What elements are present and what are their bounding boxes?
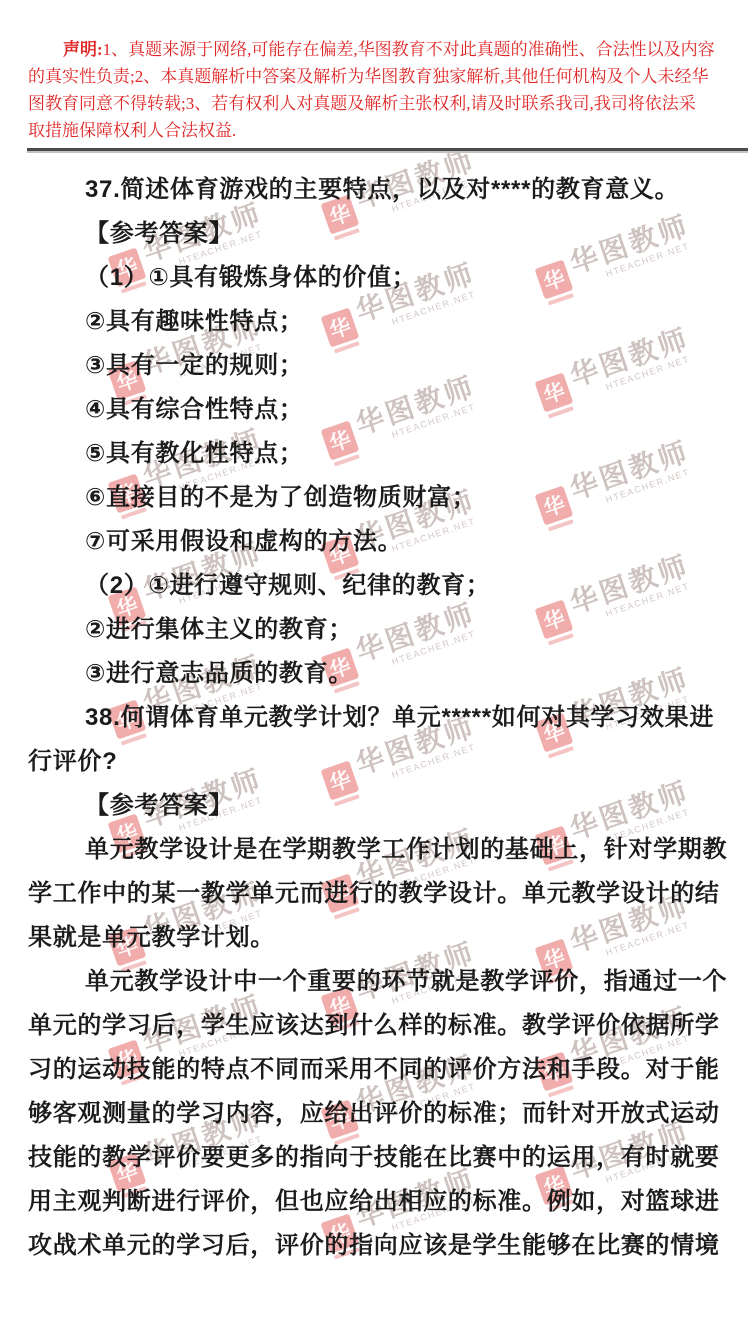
- body-line: 习的运动技能的特点不同而采用不同的评价方法和手段。对于能: [28, 1048, 720, 1092]
- body-line: ⑦可采用假设和虚构的方法。: [28, 520, 720, 564]
- disclaimer-line: 声明:1、真题来源于网络,可能存在偏差,华图教育不对此真题的准确性、合法性以及内…: [28, 36, 730, 63]
- body-line: ②具有趣味性特点；: [28, 300, 720, 344]
- body-line: 37.简述体育游戏的主要特点，以及对****的教育意义。: [28, 168, 720, 212]
- disclaimer-line: 的真实性负责;2、本真题解析中答案及解析为华图教育独家解析,其他任何机构及个人未…: [28, 63, 730, 90]
- disclaimer-block: 声明:1、真题来源于网络,可能存在偏差,华图教育不对此真题的准确性、合法性以及内…: [28, 36, 730, 144]
- body-line: 【参考答案】: [28, 212, 720, 256]
- body-line: ③具有一定的规则；: [28, 344, 720, 388]
- body-line: ③进行意志品质的教育。: [28, 652, 720, 696]
- body-line: 单元教学设计中一个重要的环节就是教学评价，指通过一个: [28, 960, 720, 1004]
- body-line: 技能的教学评价要更多的指向于技能在比赛中的运用，有时就要: [28, 1136, 720, 1180]
- disclaimer-line: 图教育同意不得转载;3、若有权利人对真题及解析主张权利,请及时联系我司,我司将依…: [28, 90, 730, 117]
- disclaimer-prefix: 声明:: [63, 40, 103, 59]
- body-line: ④具有综合性特点；: [28, 388, 720, 432]
- document-page: 华华图教师HTEACHER.NET华华图教师HTEACHER.NET华华图教师H…: [0, 0, 748, 1335]
- body-line: 【参考答案】: [28, 784, 720, 828]
- disclaimer-line: 取措施保障权利人合法权益.: [28, 117, 730, 144]
- divider-rule: [27, 148, 748, 153]
- body-line: 够客观测量的学习内容，应给出评价的标准；而针对开放式运动: [28, 1092, 720, 1136]
- body-line: ⑤具有教化性特点；: [28, 432, 720, 476]
- body-line: 果就是单元教学计划。: [28, 916, 720, 960]
- body-line: 单元的学习后，学生应该达到什么样的标准。教学评价依据所学: [28, 1004, 720, 1048]
- disclaimer-line-text: 1、真题来源于网络,可能存在偏差,华图教育不对此真题的准确性、合法性以及内容: [103, 40, 715, 59]
- body-line: 行评价?: [28, 740, 720, 784]
- body-line: （1）①具有锻炼身体的价值；: [28, 256, 720, 300]
- body-line: 用主观判断进行评价，但也应给出相应的标准。例如，对篮球进: [28, 1180, 720, 1224]
- body-line: 攻战术单元的学习后，评价的指向应该是学生能够在比赛的情境: [28, 1224, 720, 1268]
- body-line: ②进行集体主义的教育；: [28, 608, 720, 652]
- body-line: 单元教学设计是在学期教学工作计划的基础上，针对学期教: [28, 828, 720, 872]
- body-line: ⑥直接目的不是为了创造物质财富；: [28, 476, 720, 520]
- body-line: 38.何谓体育单元教学计划？单元*****如何对其学习效果进: [28, 696, 720, 740]
- body-line: （2）①进行遵守规则、纪律的教育；: [28, 564, 720, 608]
- body-line: 学工作中的某一教学单元而进行的教学设计。单元教学设计的结: [28, 872, 720, 916]
- document-body: 37.简述体育游戏的主要特点，以及对****的教育意义。【参考答案】（1）①具有…: [28, 168, 720, 1268]
